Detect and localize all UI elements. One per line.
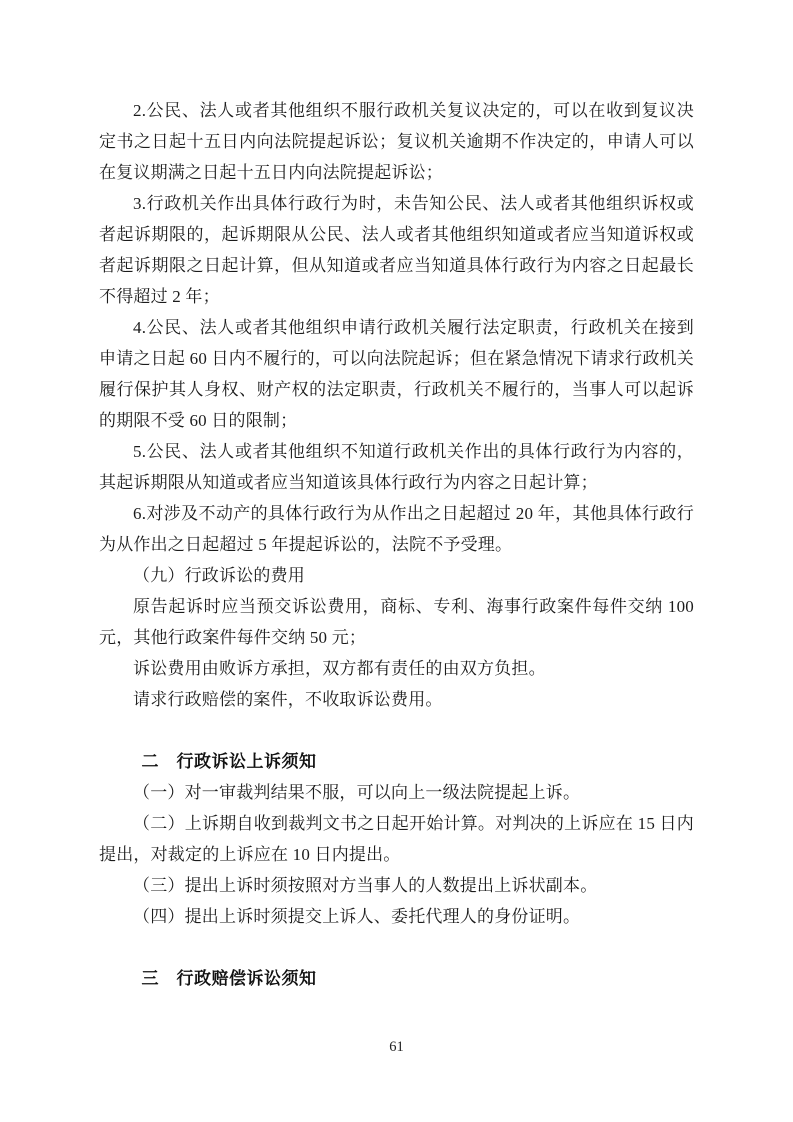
paragraph-limitation-item-6: 6.对涉及不动产的具体行政行为从作出之日起超过 20 年，其他具体行政行为从作出… bbox=[99, 498, 694, 560]
appeal-item-1: （一）对一审裁判结果不服，可以向上一级法院提起上诉。 bbox=[99, 777, 694, 808]
fees-paragraph-prepay: 原告起诉时应当预交诉讼费用，商标、专利、海事行政案件每件交纳 100 元，其他行… bbox=[99, 591, 694, 653]
subsection-fees-heading: （九）行政诉讼的费用 bbox=[99, 560, 694, 591]
paragraph-limitation-item-4: 4.公民、法人或者其他组织申请行政机关履行法定职责，行政机关在接到申请之日起 6… bbox=[99, 312, 694, 436]
appeal-item-4: （四）提出上诉时须提交上诉人、委托代理人的身份证明。 bbox=[99, 901, 694, 932]
paragraph-limitation-item-2: 2.公民、法人或者其他组织不服行政机关复议决定的，可以在收到复议决定书之日起十五… bbox=[99, 95, 694, 188]
paragraph-limitation-item-5: 5.公民、法人或者其他组织不知道行政机关作出的具体行政行为内容的，其起诉期限从知… bbox=[99, 436, 694, 498]
page-number: 61 bbox=[389, 1039, 404, 1055]
page-footer: 61 bbox=[0, 1038, 793, 1056]
appeal-item-3: （三）提出上诉时须按照对方当事人的人数提出上诉状副本。 bbox=[99, 870, 694, 901]
document-page: 2.公民、法人或者其他组织不服行政机关复议决定的，可以在收到复议决定书之日起十五… bbox=[0, 0, 793, 1122]
paragraph-limitation-item-3: 3.行政机关作出具体行政行为时，未告知公民、法人或者其他组织诉权或者起诉期限的，… bbox=[99, 188, 694, 312]
appeal-item-2: （二）上诉期自收到裁判文书之日起开始计算。对判决的上诉应在 15 日内提出，对裁… bbox=[99, 808, 694, 870]
fees-paragraph-compensation-free: 请求行政赔偿的案件，不收取诉讼费用。 bbox=[99, 684, 694, 715]
page-content: 2.公民、法人或者其他组织不服行政机关复议决定的，可以在收到复议决定书之日起十五… bbox=[99, 95, 694, 994]
section-three-heading: 三 行政赔偿诉讼须知 bbox=[99, 963, 694, 994]
fees-paragraph-losing-party: 诉讼费用由败诉方承担，双方都有责任的由双方负担。 bbox=[99, 653, 694, 684]
section-two-heading: 二 行政诉讼上诉须知 bbox=[99, 746, 694, 777]
